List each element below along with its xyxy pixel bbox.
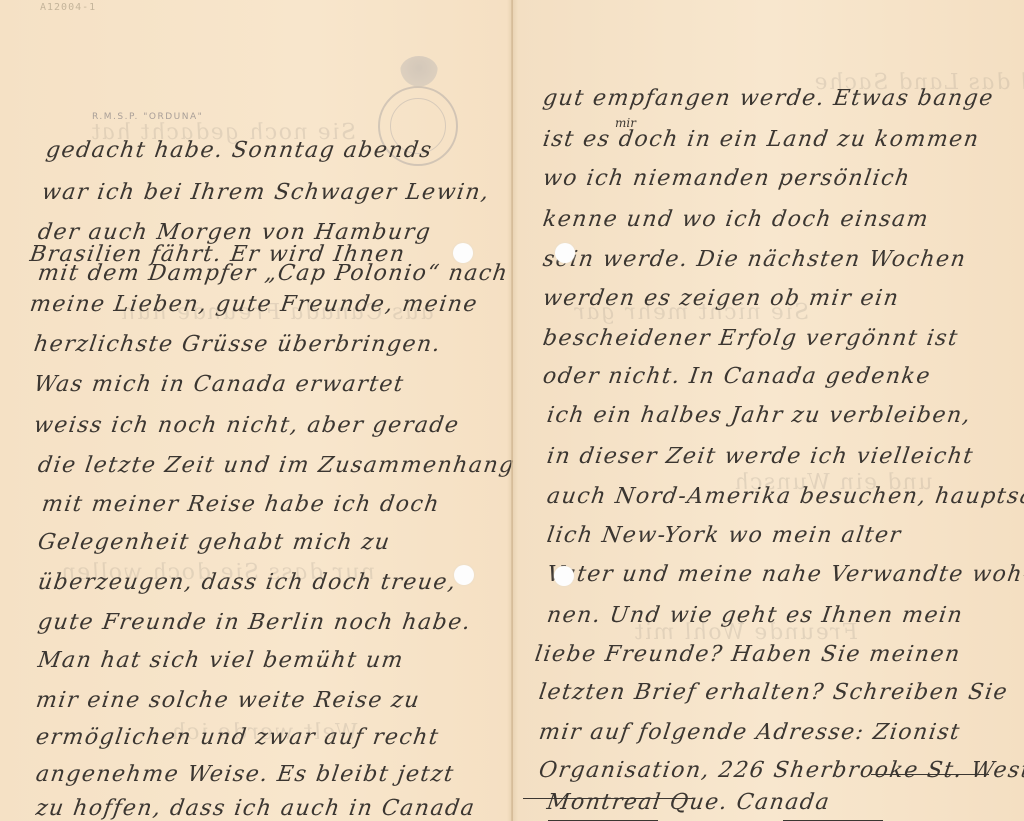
text-line: Gelegenheit gehabt mich zu (36, 530, 392, 555)
text-line: lich New-York wo mein alter (545, 523, 903, 548)
punch-hole (453, 243, 473, 263)
text-line: wo ich niemanden persönlich (541, 166, 912, 191)
punch-hole (454, 565, 474, 585)
text-line: überzeugen, dass ich doch treue, (36, 570, 458, 595)
text-line: meine Lieben, gute Freunde, meine (28, 292, 479, 317)
text-line: Was mich in Canada erwartet (32, 372, 406, 397)
text-line: herzlichste Grüsse überbringen. (32, 332, 443, 357)
right-page-lines: gut empfangen werde. Etwas bange ist es … (513, 0, 1024, 821)
left-page: R.M.S.P. "ORDUNA" Sie noch gedacht hat a… (0, 0, 512, 821)
text-line: mir auf folgende Adresse: Zionist (537, 720, 962, 745)
text-line: weiss ich noch nicht, aber gerade (32, 413, 461, 438)
text-line: Organisation, 226 Sherbrooke St. West (537, 758, 1024, 783)
underline-zionist (871, 774, 989, 775)
text-line: oder nicht. In Canada gedenke (541, 364, 932, 389)
text-line: kenne und wo ich doch einsam (541, 207, 931, 232)
punch-hole (554, 566, 574, 586)
text-line: Brasilien fährt. Er wird Ihnen (28, 242, 407, 267)
text-line: ich ein halbes Jahr zu verbleiben, (545, 403, 973, 428)
text-line: mir eine solche weite Reise zu (34, 688, 422, 713)
letter-sheet: A12004-1 R.M.S.P. "ORDUNA" Sie noch geda… (0, 0, 1024, 821)
text-line: gedacht habe. Sonntag abends (44, 138, 434, 163)
text-line: werden es zeigen ob mir ein (541, 286, 901, 311)
text-line: gute Freunde in Berlin noch habe. (36, 610, 473, 635)
text-line: liebe Freunde? Haben Sie meinen (533, 642, 962, 667)
text-line: die letzte Zeit und im Zusammenhang (36, 453, 516, 478)
text-line: ermöglichen und zwar auf recht (34, 725, 441, 750)
text-line: sein werde. Die nächsten Wochen (541, 247, 968, 272)
left-page-lines: gedacht habe. Sonntag abends war ich bei… (0, 0, 512, 821)
text-line: letzten Brief erhalten? Schreiben Sie (537, 680, 1010, 705)
text-line: Vater und meine nahe Verwandte woh- (545, 562, 1024, 587)
text-line: Man hat sich viel bemüht um (36, 648, 405, 673)
text-line: nen. Und wie geht es Ihnen mein (545, 603, 965, 628)
text-line: in dieser Zeit werde ich vielleicht (545, 444, 975, 469)
text-line: ist es doch in ein Land zu kommen (541, 127, 981, 152)
text-line: war ich bei Ihrem Schwager Lewin, (40, 180, 491, 205)
right-page: und das Land Sache Sie nicht mehr gar un… (513, 0, 1024, 821)
text-line: Montreal Que. Canada (545, 790, 832, 815)
text-line: zu hoffen, dass ich auch in Canada (34, 796, 477, 821)
text-line: auch Nord-Amerika besuchen, hauptsäch- (545, 484, 1024, 509)
text-line: gut empfangen werde. Etwas bange (541, 86, 995, 111)
punch-hole (555, 243, 575, 263)
text-line: bescheidener Erfolg vergönnt ist (541, 326, 960, 351)
text-line: mit meiner Reise habe ich doch (40, 492, 442, 517)
text-line: angenehme Weise. Es bleibt jetzt (34, 762, 456, 787)
underline-organisation (523, 798, 693, 799)
